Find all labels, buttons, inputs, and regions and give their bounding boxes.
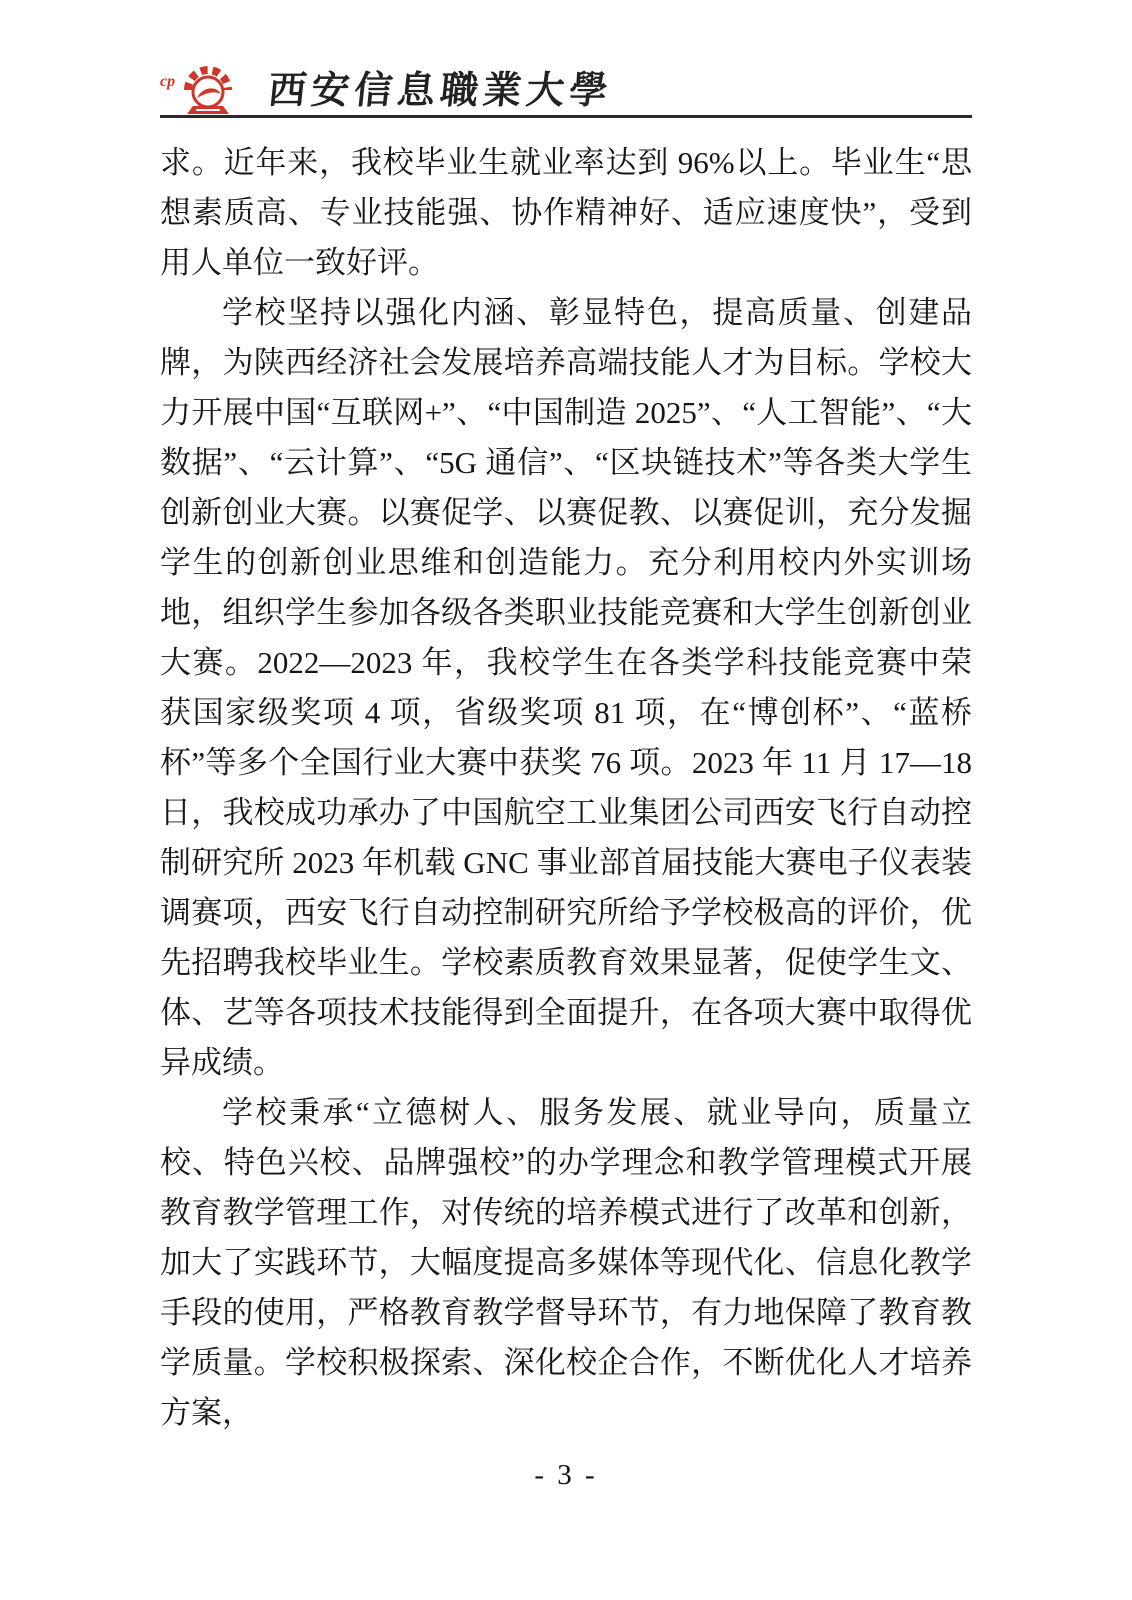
page-number: - 3 - — [534, 1459, 597, 1491]
page-header: cp 西安信息職業大學 — [160, 64, 972, 118]
paragraph-continuation: 求。近年来，我校毕业生就业率达到 96%以上。毕业生“思想素质高、专业技能强、协… — [160, 138, 972, 288]
paragraph: 学校坚持以强化内涵、彰显特色，提高质量、创建品牌，为陕西经济社会发展培养高端技能… — [160, 288, 972, 1088]
university-logo: cp — [160, 62, 260, 114]
header-rule — [160, 115, 972, 118]
paragraph: 学校秉承“立德树人、服务发展、就业导向，质量立校、特色兴校、品牌强校”的办学理念… — [160, 1088, 972, 1438]
university-emblem-icon: cp — [160, 62, 260, 114]
document-page: cp 西安信息職業大學 求。近年来，我校毕业生就业率达到 96%以上。毕业生“思… — [0, 0, 1132, 1600]
page-footer: - 3 - — [0, 1459, 1132, 1492]
svg-text:cp: cp — [160, 73, 175, 90]
document-body: 求。近年来，我校毕业生就业率达到 96%以上。毕业生“思想素质高、专业技能强、协… — [160, 138, 972, 1438]
header-row: cp 西安信息職業大學 — [160, 64, 972, 114]
school-name: 西安信息職業大學 — [266, 72, 614, 114]
